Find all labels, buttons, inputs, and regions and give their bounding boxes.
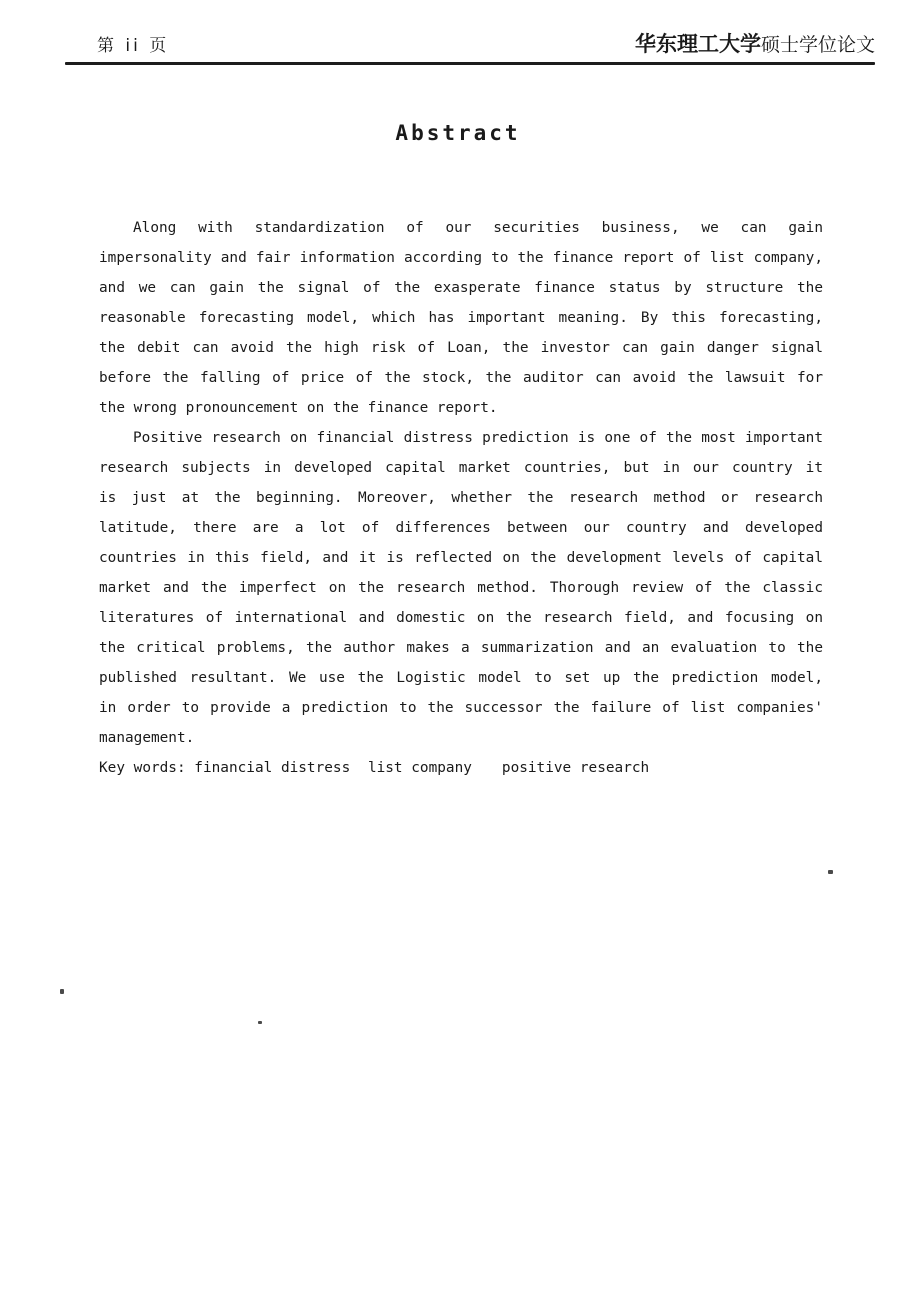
abstract-text-line: market and the imperfect on the research… bbox=[99, 573, 823, 603]
abstract-text-line: literatures of international and domesti… bbox=[99, 603, 823, 633]
abstract-text-line: Along with standardization of our securi… bbox=[99, 213, 823, 243]
scan-speck bbox=[258, 1021, 262, 1024]
abstract-text-line: management. bbox=[99, 723, 823, 753]
scan-speck bbox=[60, 989, 64, 994]
abstract-body: Along with standardization of our securi… bbox=[99, 213, 823, 753]
abstract-text-line: in order to provide a prediction to the … bbox=[99, 693, 823, 723]
abstract-section: Along with standardization of our securi… bbox=[99, 213, 823, 783]
abstract-text-line: Positive research on financial distress … bbox=[99, 423, 823, 453]
abstract-text-line: reasonable forecasting model, which has … bbox=[99, 303, 823, 333]
abstract-text-line: published resultant. We use the Logistic… bbox=[99, 663, 823, 693]
keywords-label: Key words: financial distress bbox=[99, 760, 350, 776]
abstract-text-line: the wrong pronouncement on the finance r… bbox=[99, 393, 823, 423]
thesis-abstract-page: 第 ii 页 华东理工大学硕士学位论文 Abstract Along with … bbox=[0, 0, 920, 1302]
abstract-text-line: the critical problems, the author makes … bbox=[99, 633, 823, 663]
page-header: 第 ii 页 华东理工大学硕士学位论文 bbox=[97, 28, 875, 58]
page-title: Abstract bbox=[95, 121, 821, 145]
institution-name: 华东理工大学 bbox=[635, 32, 761, 56]
abstract-text-line: latitude, there are a lot of differences… bbox=[99, 513, 823, 543]
abstract-text-line: and we can gain the signal of the exaspe… bbox=[99, 273, 823, 303]
header-right: 华东理工大学硕士学位论文 bbox=[635, 28, 875, 58]
header-divider bbox=[65, 62, 875, 65]
keyword-item: positive research bbox=[502, 760, 649, 776]
abstract-text-line: is just at the beginning. Moreover, whet… bbox=[99, 483, 823, 513]
abstract-text-line: before the falling of price of the stock… bbox=[99, 363, 823, 393]
keyword-item: list company bbox=[368, 760, 472, 776]
thesis-type-label: 硕士学位论文 bbox=[761, 34, 875, 56]
scan-speck bbox=[828, 870, 833, 874]
page-number: 第 ii 页 bbox=[97, 31, 169, 58]
abstract-text-line: countries in this field, and it is refle… bbox=[99, 543, 823, 573]
abstract-text-line: the debit can avoid the high risk of Loa… bbox=[99, 333, 823, 363]
abstract-text-line: impersonality and fair information accor… bbox=[99, 243, 823, 273]
keywords-line: Key words: financial distress list compa… bbox=[99, 753, 823, 783]
abstract-text-line: research subjects in developed capital m… bbox=[99, 453, 823, 483]
